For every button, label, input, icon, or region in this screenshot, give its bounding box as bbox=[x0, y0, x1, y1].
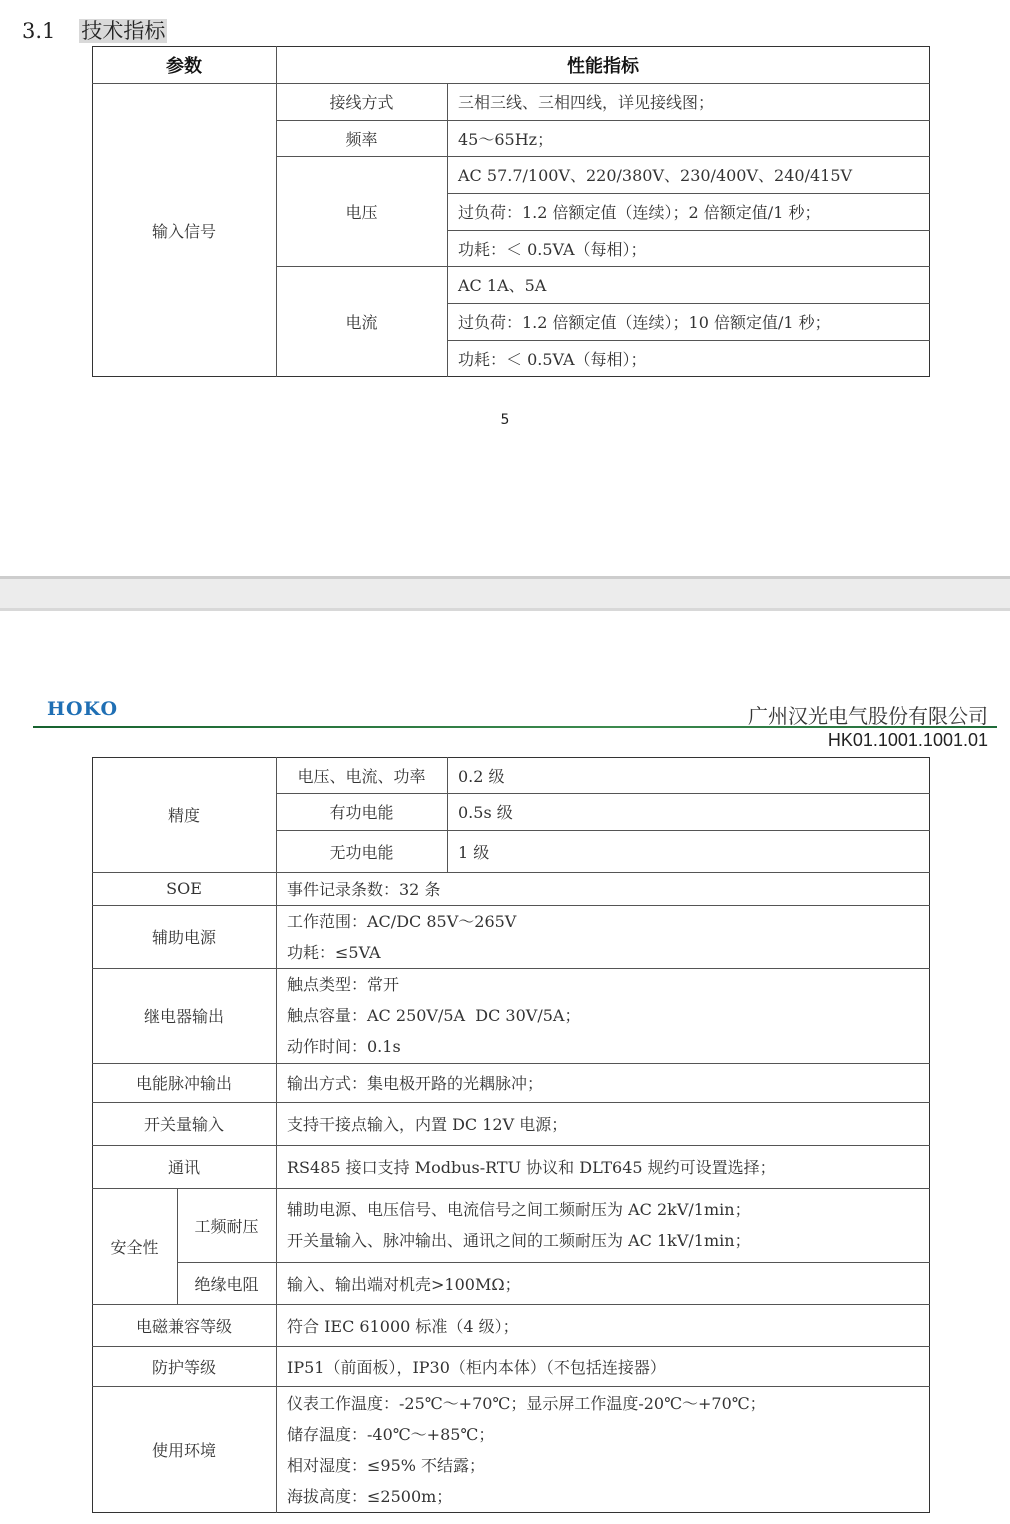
label-accuracy-vip: 电压、电流、功率 bbox=[276, 757, 447, 793]
value-reactive-energy: 1 级 bbox=[447, 830, 930, 872]
group-input-signal: 输入信号 bbox=[92, 83, 276, 377]
relay-contact-type: 触点类型：常开 bbox=[287, 969, 399, 1000]
value-accuracy-vip: 0.2 级 bbox=[447, 757, 930, 793]
label-voltage: 电压 bbox=[276, 156, 447, 266]
value-aux-power: 工作范围：AC/DC 85V～265V 功耗：≤5VA bbox=[276, 905, 930, 968]
label-pulse-output: 电能脉冲输出 bbox=[92, 1063, 276, 1102]
value-soe: 事件记录条数：32 条 bbox=[276, 872, 930, 905]
label-switch-input: 开关量输入 bbox=[92, 1102, 276, 1145]
value-switch-input: 支持干接点输入，内置 DC 12V 电源； bbox=[276, 1102, 930, 1145]
label-withstand-voltage: 工频耐压 bbox=[177, 1188, 276, 1262]
aux-power-range: 工作范围：AC/DC 85V～265V bbox=[287, 906, 516, 937]
header-rule bbox=[33, 726, 997, 728]
label-soe: SOE bbox=[92, 872, 276, 905]
page-gap bbox=[0, 576, 1010, 611]
document-number: HK01.1001.1001.01 bbox=[828, 730, 988, 751]
label-active-energy: 有功电能 bbox=[276, 793, 447, 830]
env-storage-temp: 储存温度：-40℃～+85℃； bbox=[287, 1419, 494, 1450]
label-wiring: 接线方式 bbox=[276, 83, 447, 120]
value-pulse-output: 输出方式：集电极开路的光耦脉冲； bbox=[276, 1063, 930, 1102]
value-active-energy: 0.5s 级 bbox=[447, 793, 930, 830]
label-protection: 防护等级 bbox=[92, 1346, 276, 1386]
value-emc: 符合 IEC 61000 标准（4 级）； bbox=[276, 1304, 930, 1346]
value-voltage-power: 功耗：＜ 0.5VA（每相）； bbox=[447, 230, 930, 266]
label-environment: 使用环境 bbox=[92, 1386, 276, 1513]
value-relay: 触点类型：常开 触点容量：AC 250V/5A DC 30V/5A； 动作时间：… bbox=[276, 968, 930, 1063]
value-communication: RS485 接口支持 Modbus-RTU 协议和 DLT645 规约可设置选择… bbox=[276, 1145, 930, 1188]
section-title: 技术指标 bbox=[79, 19, 167, 43]
env-operating-temp: 仪表工作温度：-25℃～+70℃；显示屏工作温度-20℃～+70℃； bbox=[287, 1388, 766, 1419]
label-communication: 通讯 bbox=[92, 1145, 276, 1188]
value-withstand-voltage: 辅助电源、电压信号、电流信号之间工频耐压为 AC 2kV/1min； 开关量输入… bbox=[276, 1188, 930, 1262]
value-current-power: 功耗：＜ 0.5VA（每相）； bbox=[447, 340, 930, 377]
label-current: 电流 bbox=[276, 266, 447, 377]
value-voltage-overload: 过负荷：1.2 倍额定值（连续）；2 倍额定值/1 秒； bbox=[447, 193, 930, 230]
header-param: 参数 bbox=[92, 46, 276, 83]
page-number: 5 bbox=[0, 412, 1010, 428]
value-current-range: AC 1A、5A bbox=[447, 266, 930, 303]
relay-contact-capacity: 触点容量：AC 250V/5A DC 30V/5A； bbox=[287, 1000, 580, 1031]
relay-action-time: 动作时间：0.1s bbox=[287, 1031, 401, 1062]
label-relay: 继电器输出 bbox=[92, 968, 276, 1063]
label-frequency: 频率 bbox=[276, 120, 447, 156]
label-accuracy: 精度 bbox=[92, 757, 276, 872]
withstand-2kv: 辅助电源、电压信号、电流信号之间工频耐压为 AC 2kV/1min； bbox=[287, 1194, 751, 1225]
withstand-1kv: 开关量输入、脉冲输出、通讯之间的工频耐压为 AC 1kV/1min； bbox=[287, 1225, 751, 1256]
label-reactive-energy: 无功电能 bbox=[276, 830, 447, 872]
value-protection: IP51（前面板），IP30（柜内本体）（不包括连接器） bbox=[276, 1346, 930, 1386]
label-emc: 电磁兼容等级 bbox=[92, 1304, 276, 1346]
label-insulation: 绝缘电阻 bbox=[177, 1262, 276, 1304]
value-current-overload: 过负荷：1.2 倍额定值（连续）；10 倍额定值/1 秒； bbox=[447, 303, 930, 340]
label-aux-power: 辅助电源 bbox=[92, 905, 276, 968]
company-logo: HOKO bbox=[47, 698, 118, 720]
value-frequency: 45～65Hz； bbox=[447, 120, 930, 156]
section-number: 3.1 bbox=[22, 16, 55, 46]
value-insulation: 输入、输出端对机壳>100MΩ； bbox=[276, 1262, 930, 1304]
section-heading: 3.1技术指标 bbox=[22, 16, 167, 46]
company-name: 广州汉光电气股份有限公司 bbox=[748, 700, 988, 729]
value-wiring: 三相三线、三相四线，详见接线图； bbox=[447, 83, 930, 120]
value-environment: 仪表工作温度：-25℃～+70℃；显示屏工作温度-20℃～+70℃； 储存温度：… bbox=[276, 1386, 930, 1513]
env-altitude: 海拔高度：≤2500m； bbox=[287, 1481, 452, 1512]
header-perf: 性能指标 bbox=[276, 46, 930, 83]
label-safety: 安全性 bbox=[92, 1188, 177, 1304]
env-humidity: 相对湿度：≤95% 不结露； bbox=[287, 1450, 485, 1481]
value-voltage-range: AC 57.7/100V、220/380V、230/400V、240/415V bbox=[447, 156, 930, 193]
aux-power-consumption: 功耗：≤5VA bbox=[287, 937, 381, 968]
